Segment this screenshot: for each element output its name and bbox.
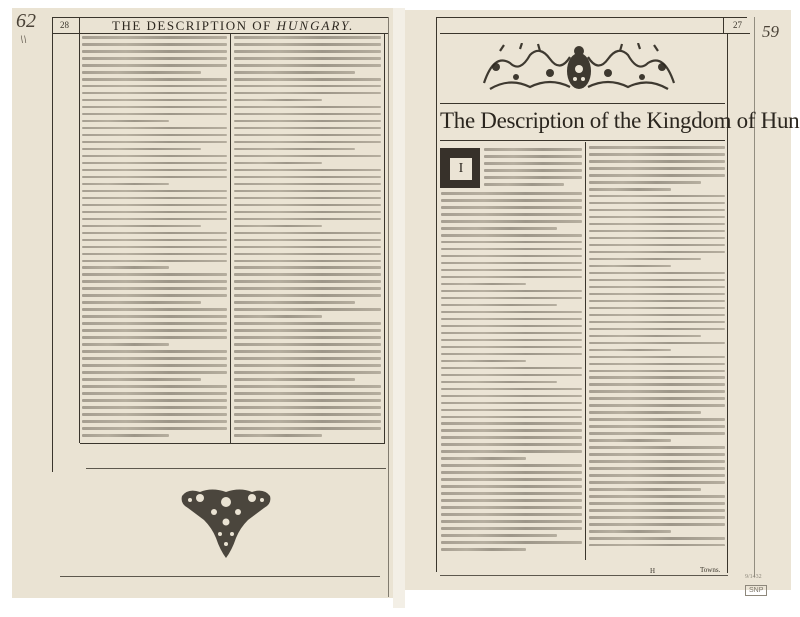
text-line xyxy=(589,335,701,338)
text-line xyxy=(589,509,725,512)
text-line xyxy=(82,287,227,290)
text-line xyxy=(589,216,725,219)
text-line xyxy=(234,162,322,165)
text-line xyxy=(589,237,725,240)
text-line xyxy=(234,329,381,332)
text-line xyxy=(484,162,582,165)
text-line xyxy=(82,64,227,67)
text-line xyxy=(441,450,582,453)
text-line xyxy=(589,160,725,163)
text-line xyxy=(589,376,725,379)
pagenum-divider xyxy=(79,17,80,33)
text-line xyxy=(441,422,582,425)
text-line xyxy=(82,183,169,186)
text-line xyxy=(441,199,582,202)
drop-cap-frame: I xyxy=(440,148,480,188)
text-line xyxy=(441,388,582,391)
text-line xyxy=(441,248,582,251)
stamp-line-1: SNP xyxy=(749,587,763,594)
left-page-bottom-rule xyxy=(60,576,380,577)
text-line xyxy=(589,411,701,414)
text-line xyxy=(441,353,582,356)
right-column-divider xyxy=(585,142,586,560)
text-line xyxy=(589,209,725,212)
text-line xyxy=(234,155,381,158)
text-line xyxy=(234,92,381,95)
text-line xyxy=(589,537,725,540)
text-line xyxy=(234,204,381,207)
text-line xyxy=(82,378,201,381)
text-line xyxy=(82,329,227,332)
text-line xyxy=(234,266,381,269)
text-line xyxy=(82,336,227,339)
text-line xyxy=(441,227,557,230)
text-line xyxy=(234,232,381,235)
catchword: Towns. xyxy=(700,566,720,574)
tailpiece-top-rule xyxy=(86,468,386,469)
text-line xyxy=(82,169,227,172)
text-line xyxy=(589,188,671,191)
text-line xyxy=(589,300,725,303)
text-line xyxy=(589,349,671,352)
text-line xyxy=(441,485,582,488)
text-line xyxy=(589,307,725,310)
text-line xyxy=(589,181,701,184)
text-line xyxy=(82,120,169,123)
text-line xyxy=(589,544,725,546)
text-line xyxy=(234,420,381,423)
text-line xyxy=(234,392,381,395)
text-line xyxy=(234,301,355,304)
title-bottom-rule xyxy=(440,140,725,141)
text-line xyxy=(589,293,725,296)
text-line xyxy=(82,141,227,144)
text-line xyxy=(441,311,582,314)
running-head-hungary: HUNGARY. xyxy=(277,18,355,33)
text-line xyxy=(441,206,582,209)
text-line xyxy=(441,262,582,265)
text-line xyxy=(441,367,582,370)
text-line xyxy=(82,218,227,221)
text-line xyxy=(234,434,322,437)
text-line xyxy=(82,106,227,109)
text-line xyxy=(589,523,725,526)
text-line xyxy=(82,232,227,235)
page-number-right: 27 xyxy=(733,20,742,30)
text-line xyxy=(82,134,227,137)
text-line xyxy=(589,488,701,491)
text-line xyxy=(589,383,725,386)
text-line xyxy=(441,395,582,398)
text-line xyxy=(589,502,725,505)
text-line xyxy=(441,220,582,223)
text-line xyxy=(589,167,725,170)
text-line xyxy=(82,406,227,409)
text-line xyxy=(82,315,227,318)
pencil-mark: \\ xyxy=(20,32,27,47)
text-line xyxy=(82,211,227,214)
text-line xyxy=(234,64,381,67)
left-page-inner-rule xyxy=(388,17,389,597)
headpiece-ornament-icon xyxy=(480,43,678,93)
text-line xyxy=(82,78,227,81)
text-line xyxy=(234,197,381,200)
text-line xyxy=(441,478,582,481)
text-line xyxy=(441,527,582,530)
text-line xyxy=(484,176,582,179)
text-line xyxy=(441,457,526,460)
text-line xyxy=(82,266,169,269)
text-line xyxy=(82,308,227,311)
text-line xyxy=(234,183,381,186)
text-line xyxy=(82,197,227,200)
text-line xyxy=(234,99,322,102)
right-page-column-1-intro xyxy=(484,148,582,190)
text-line xyxy=(589,418,725,421)
column-divider-left xyxy=(230,33,231,443)
text-line xyxy=(82,343,169,346)
text-line xyxy=(234,253,381,256)
text-line xyxy=(82,322,227,325)
text-line xyxy=(441,506,582,509)
right-header-top-rule xyxy=(437,17,747,18)
text-line xyxy=(82,43,227,46)
text-line xyxy=(589,328,725,331)
text-line xyxy=(484,169,582,172)
text-line xyxy=(441,290,582,293)
text-line xyxy=(589,230,725,233)
text-line xyxy=(234,413,381,416)
text-line xyxy=(441,374,582,377)
text-line xyxy=(82,385,227,388)
text-line xyxy=(234,148,355,151)
document-title: The Description of the Kingdom of Hungar… xyxy=(440,108,800,134)
text-line xyxy=(234,169,381,172)
text-line xyxy=(82,225,201,228)
text-line xyxy=(82,357,227,360)
text-line xyxy=(234,134,381,137)
text-line xyxy=(234,260,381,263)
text-line xyxy=(589,453,725,456)
text-line xyxy=(82,162,227,165)
running-head: THE DESCRIPTION OF HUNGARY. xyxy=(112,18,354,34)
text-line xyxy=(441,513,582,516)
text-line xyxy=(441,548,526,551)
text-line xyxy=(234,71,355,74)
text-line xyxy=(234,50,381,53)
text-line xyxy=(441,464,582,467)
text-line xyxy=(441,213,582,216)
text-line xyxy=(82,148,201,151)
text-line xyxy=(589,439,671,442)
text-line xyxy=(82,364,227,367)
text-line xyxy=(82,155,227,158)
text-line xyxy=(589,363,725,366)
text-line xyxy=(589,272,725,275)
page-number-left: 28 xyxy=(60,20,69,30)
text-line xyxy=(82,427,227,430)
col1-left-rule xyxy=(79,33,80,443)
text-line xyxy=(441,443,582,446)
text-line xyxy=(441,241,582,244)
text-line xyxy=(234,385,381,388)
text-line xyxy=(234,315,322,318)
text-line xyxy=(589,446,725,449)
text-line xyxy=(82,392,227,395)
text-line xyxy=(234,36,381,39)
text-line xyxy=(441,325,582,328)
text-line xyxy=(589,146,725,149)
text-line xyxy=(589,530,671,533)
text-line xyxy=(234,350,381,353)
text-line xyxy=(589,223,725,226)
left-page-outer-rule xyxy=(52,17,53,472)
right-page-column-2 xyxy=(589,146,725,546)
text-line xyxy=(441,269,582,272)
text-line xyxy=(441,283,526,286)
text-line xyxy=(82,99,227,102)
text-line xyxy=(82,280,227,283)
text-line xyxy=(441,360,526,363)
text-line xyxy=(234,280,381,283)
text-line xyxy=(234,287,381,290)
text-line xyxy=(82,204,227,207)
text-line xyxy=(589,397,725,400)
col2-right-rule xyxy=(384,33,385,443)
text-line xyxy=(441,436,582,439)
text-line xyxy=(441,499,582,502)
text-line xyxy=(82,399,227,402)
manuscript-number-right: 59 xyxy=(762,22,779,42)
text-line xyxy=(82,294,227,297)
text-line xyxy=(234,427,381,430)
text-line xyxy=(82,71,201,74)
text-line xyxy=(484,148,582,151)
text-line xyxy=(82,57,227,60)
text-line xyxy=(441,255,582,258)
text-line xyxy=(589,174,725,177)
drop-cap-letter: I xyxy=(449,157,473,181)
text-line xyxy=(441,346,582,349)
text-line xyxy=(234,322,381,325)
text-line xyxy=(589,425,725,428)
text-line xyxy=(441,381,557,384)
text-line xyxy=(589,474,725,477)
text-line xyxy=(589,356,725,359)
text-line xyxy=(82,413,227,416)
manuscript-number-left: 62 xyxy=(16,10,36,33)
text-line xyxy=(441,234,582,237)
text-line xyxy=(234,78,381,81)
text-line xyxy=(441,192,582,195)
text-line xyxy=(82,190,227,193)
text-line xyxy=(589,516,725,519)
text-line xyxy=(589,432,725,435)
text-line xyxy=(234,120,381,123)
right-page-margin-rule xyxy=(754,17,755,577)
text-line xyxy=(234,113,381,116)
text-line xyxy=(234,57,381,60)
text-line xyxy=(441,297,582,300)
text-line xyxy=(82,434,169,437)
text-line xyxy=(441,492,582,495)
tailpiece-ornament-icon xyxy=(178,488,274,562)
text-line xyxy=(82,350,227,353)
text-line xyxy=(441,276,582,279)
text-line xyxy=(234,294,381,297)
text-line xyxy=(82,371,227,374)
text-line xyxy=(441,318,582,321)
text-line xyxy=(589,279,725,282)
text-line xyxy=(441,520,582,523)
text-line xyxy=(82,127,227,130)
text-line xyxy=(234,106,381,109)
signature-mark: H xyxy=(650,567,655,575)
running-head-prefix: THE DESCRIPTION OF xyxy=(112,18,272,33)
text-line xyxy=(234,43,381,46)
columns-bottom-rule xyxy=(80,443,385,444)
text-line xyxy=(234,364,381,367)
text-line xyxy=(589,481,725,484)
text-line xyxy=(589,195,725,198)
text-line xyxy=(441,332,582,335)
text-line xyxy=(441,304,557,307)
text-line xyxy=(441,402,582,405)
text-line xyxy=(82,113,227,116)
text-line xyxy=(441,339,582,342)
text-line xyxy=(589,314,725,317)
text-line xyxy=(234,371,381,374)
text-line xyxy=(441,409,582,412)
text-line xyxy=(234,378,355,381)
text-line xyxy=(234,190,381,193)
text-line xyxy=(484,155,582,158)
text-line xyxy=(234,357,381,360)
text-line xyxy=(484,183,564,186)
text-line xyxy=(234,85,381,88)
left-page-column-1 xyxy=(82,36,227,440)
right-header-bottom-rule xyxy=(440,33,750,34)
text-line xyxy=(441,429,582,432)
text-line xyxy=(82,420,227,423)
text-line xyxy=(589,286,725,289)
text-line xyxy=(234,239,381,242)
text-line xyxy=(82,246,227,249)
text-line xyxy=(589,258,701,261)
stamp-number: 9/1432 xyxy=(745,574,762,580)
text-line xyxy=(441,416,582,419)
text-line xyxy=(234,176,381,179)
right-page-bottom-rule xyxy=(440,575,728,576)
text-line xyxy=(234,343,381,346)
text-line xyxy=(589,342,725,345)
text-line xyxy=(589,495,725,498)
title-top-rule xyxy=(440,103,725,104)
left-page-column-2 xyxy=(234,36,381,440)
text-line xyxy=(234,211,381,214)
text-line xyxy=(82,301,201,304)
text-line xyxy=(589,370,725,373)
text-line xyxy=(234,406,381,409)
text-line xyxy=(82,92,227,95)
text-line xyxy=(234,141,381,144)
text-line xyxy=(589,321,725,324)
library-stamp: SNP xyxy=(745,585,767,596)
text-line xyxy=(589,251,725,254)
text-line xyxy=(82,85,227,88)
text-line xyxy=(234,308,381,311)
text-line xyxy=(82,176,227,179)
text-line xyxy=(589,202,725,205)
text-line xyxy=(82,50,227,53)
text-line xyxy=(234,218,381,221)
text-line xyxy=(589,467,725,470)
book-gutter xyxy=(393,8,405,608)
text-line xyxy=(441,471,582,474)
right-pagenum-divider xyxy=(723,17,724,33)
text-line xyxy=(589,460,725,463)
text-line xyxy=(82,36,227,39)
text-line xyxy=(82,260,227,263)
text-line xyxy=(441,541,582,544)
text-line xyxy=(234,273,381,276)
right-page-inner-rule xyxy=(436,17,437,572)
text-line xyxy=(82,253,227,256)
text-line xyxy=(589,244,725,247)
text-line xyxy=(234,246,381,249)
text-line xyxy=(82,273,227,276)
text-line xyxy=(589,153,725,156)
text-line xyxy=(234,127,381,130)
text-line xyxy=(82,239,227,242)
text-line xyxy=(589,265,671,268)
right-page-column-1 xyxy=(441,192,582,552)
text-line xyxy=(234,225,322,228)
text-line xyxy=(234,336,381,339)
text-line xyxy=(589,404,725,407)
text-line xyxy=(234,399,381,402)
text-line xyxy=(441,534,557,537)
text-line xyxy=(589,390,725,393)
